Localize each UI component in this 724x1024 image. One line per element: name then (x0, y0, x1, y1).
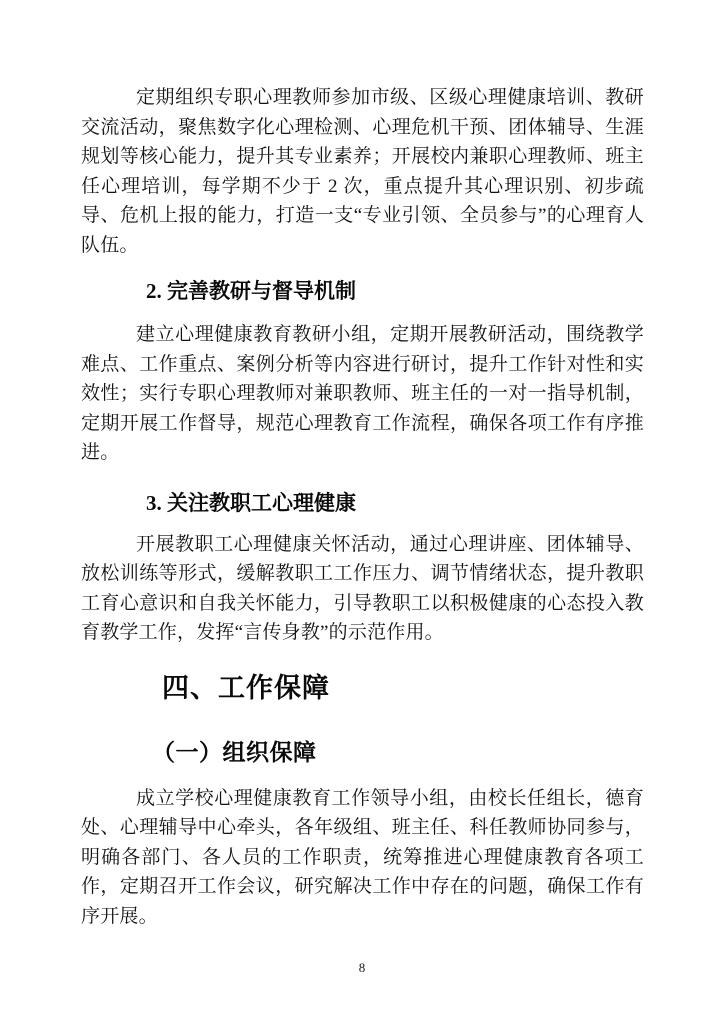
paragraph-teacher-training: 定期组织专职心理教师参加市级、区级心理健康培训、教研交流活动，聚焦数字化心理检测… (81, 83, 644, 260)
page-number: 8 (0, 960, 724, 976)
document-page: 定期组织专职心理教师参加市级、区级心理健康培训、教研交流活动，聚焦数字化心理检测… (0, 0, 724, 1024)
heading-staff-mental-health: 3. 关注教职工心理健康 (81, 488, 644, 518)
paragraph-staff-care-activities: 开展教职工心理健康关怀活动，通过心理讲座、团体辅导、放松训练等形式，缓解教职工工… (81, 530, 644, 648)
chapter-heading-work-guarantee: 四、工作保障 (81, 670, 644, 706)
paragraph-research-group: 建立心理健康教育教研小组，定期开展教研活动，围绕教学难点、工作重点、案例分析等内… (81, 320, 644, 468)
paragraph-leadership-group: 成立学校心理健康教育工作领导小组，由校长任组长，德育处、心理辅导中心牵头，各年级… (81, 784, 644, 932)
heading-research-supervision-mechanism: 2. 完善教研与督导机制 (81, 276, 644, 306)
section-heading-organizational-guarantee: （一）组织保障 (81, 737, 644, 769)
page-content: 定期组织专职心理教师参加市级、区级心理健康培训、教研交流活动，聚焦数字化心理检测… (81, 0, 644, 931)
